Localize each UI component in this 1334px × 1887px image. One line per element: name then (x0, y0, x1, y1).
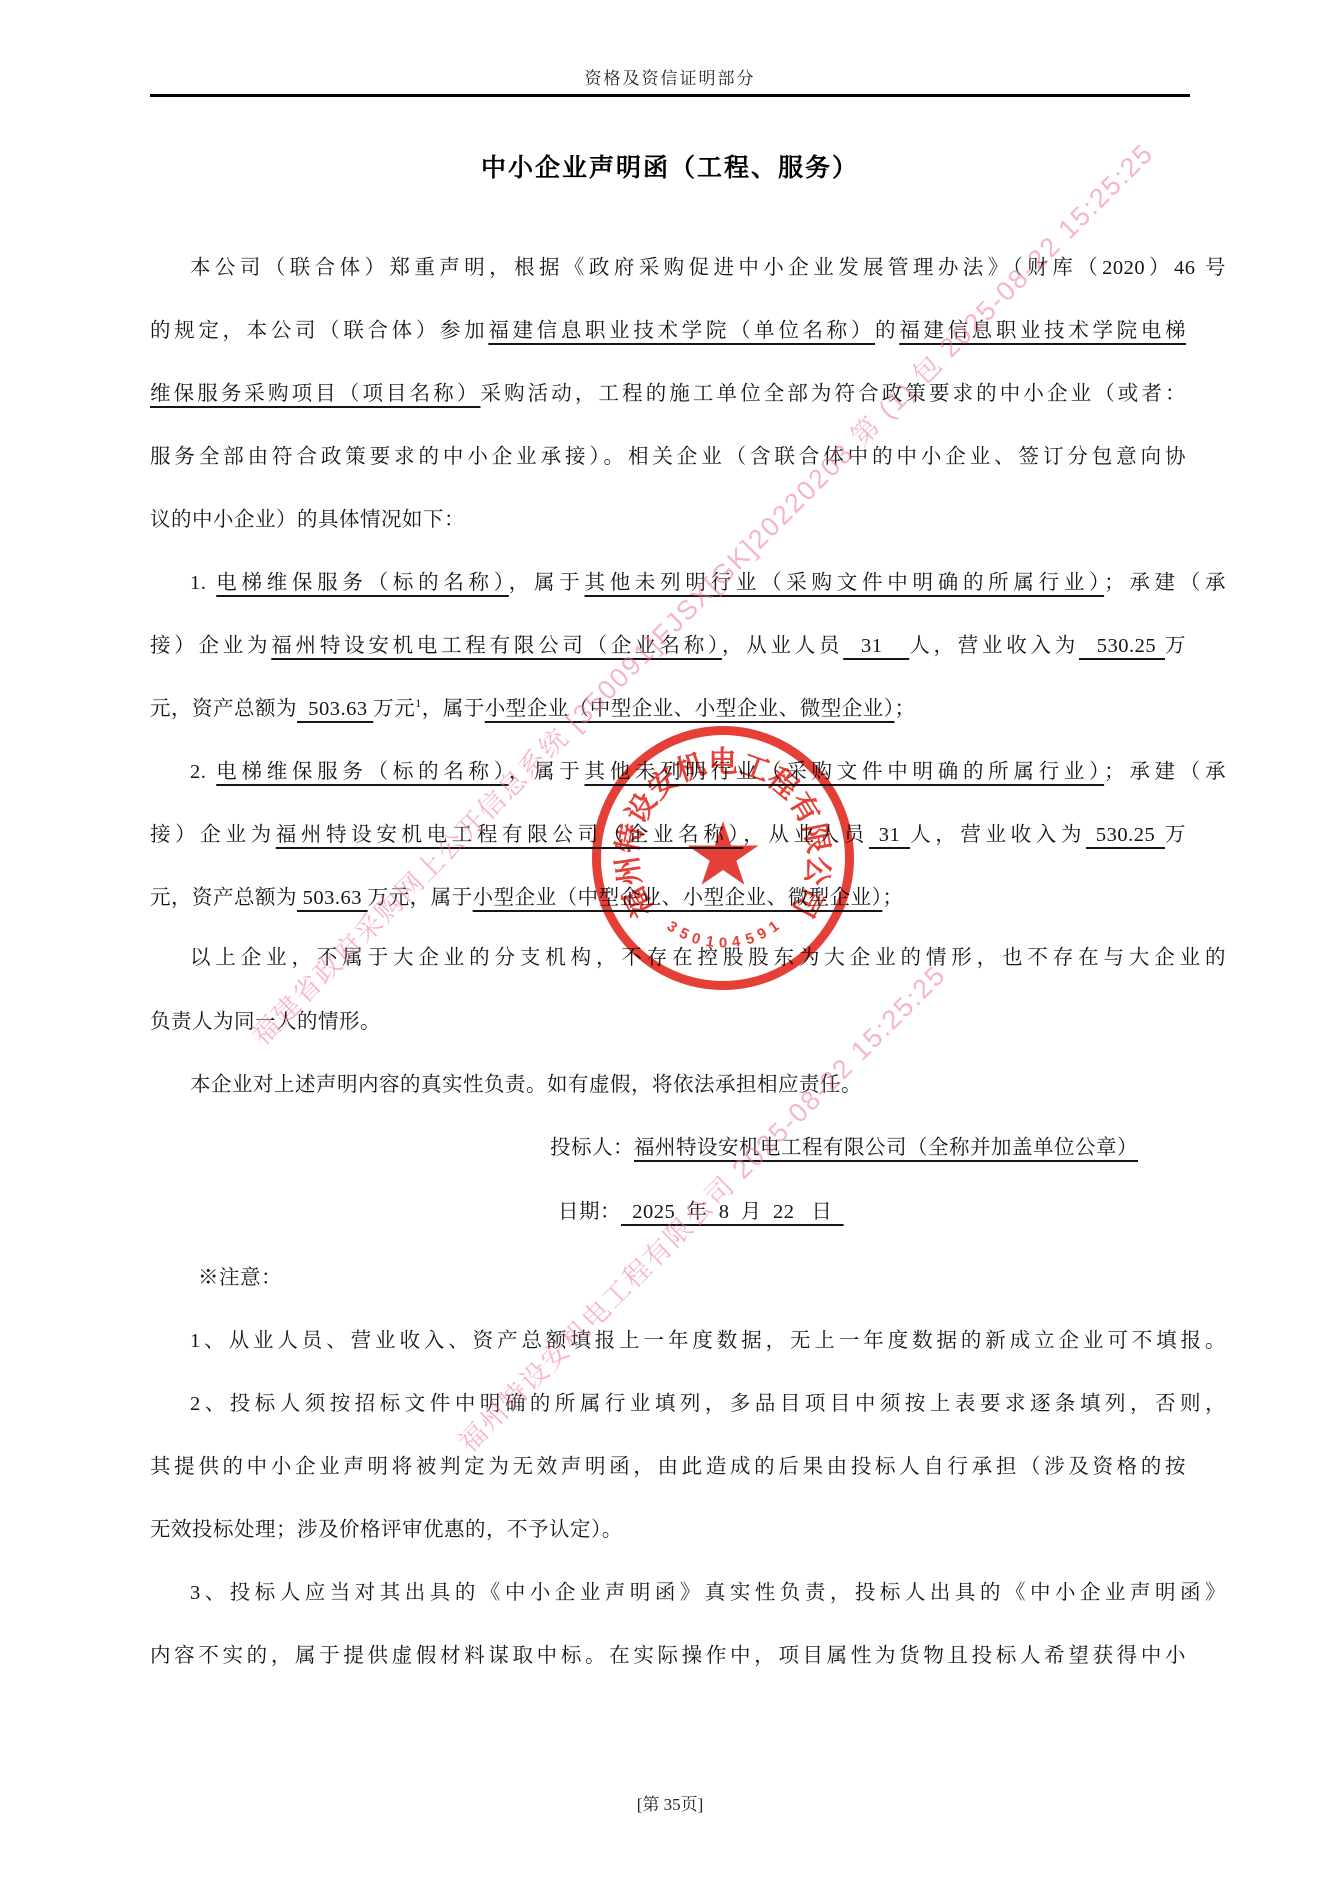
text-line: 负责人为同一人的情形。 (150, 1006, 1186, 1038)
text-line: 投标人：福州特设安机电工程有限公司（全称并加盖单位公章） (150, 1132, 1334, 1164)
text-line: 元，资产总额为 503.63 万元，属于小型企业（中型企业、小型企业、微型企业）… (150, 882, 1186, 914)
text-line: 维保服务采购项目（项目名称）采购活动，工程的施工单位全部为符合政策要求的中小企业… (150, 378, 1186, 410)
text-line: 3、投标人应当对其出具的《中小企业声明函》真实性负责，投标人出具的《中小企业声明… (150, 1577, 1226, 1609)
text-line: 1、从业人员、营业收入、资产总额填报上一年度数据，无上一年度数据的新成立企业可不… (150, 1325, 1226, 1357)
text-line: 元，资产总额为 503.63 万元1，属于小型企业（中型企业、小型企业、微型企业… (150, 693, 1186, 725)
text-line: 日期： 2025 年 8 月 22 日 (150, 1196, 1334, 1228)
text-line: 接）企业为福州特设安机电工程有限公司（企业名称），从业人员 31 人，营业收入为… (150, 630, 1186, 662)
text-line: 服务全部由符合政策要求的中小企业承接）。相关企业（含联合体中的中小企业、签订分包… (150, 441, 1186, 473)
text-line: 本企业对上述声明内容的真实性负责。如有虚假，将依法承担相应责任。 (150, 1069, 1226, 1101)
text-line: 议的中小企业）的具体情况如下： (150, 504, 1186, 536)
text-line: 无效投标处理；涉及价格评审优惠的，不予认定）。 (150, 1514, 1186, 1546)
document-lines: 本公司（联合体）郑重声明，根据《政府采购促进中小企业发展管理办法》（财库（202… (0, 0, 1334, 1887)
text-line: 本公司（联合体）郑重声明，根据《政府采购促进中小企业发展管理办法》（财库（202… (150, 252, 1226, 284)
page-number: [第 35页] (150, 1790, 1190, 1815)
text-line: ※注意： (150, 1262, 1234, 1294)
text-line: 的规定，本公司（联合体）参加福建信息职业技术学院（单位名称）的福建信息职业技术学… (150, 315, 1186, 347)
text-line: 内容不实的，属于提供虚假材料谋取中标。在实际操作中，项目属性为货物且投标人希望获… (150, 1640, 1186, 1672)
text-line: 其提供的中小企业声明将被判定为无效声明函，由此造成的后果由投标人自行承担（涉及资… (150, 1451, 1186, 1483)
text-line: 2、投标人须按招标文件中明确的所属行业填列，多品目项目中须按上表要求逐条填列，否… (150, 1388, 1226, 1420)
text-line: 2. 电梯维保服务（标的名称），属于其他未列明行业（采购文件中明确的所属行业）；… (150, 756, 1226, 788)
text-line: 以上企业，不属于大企业的分支机构，不存在控股股东为大企业的情形，也不存在与大企业… (150, 942, 1226, 974)
text-line: 接）企业为福州特设安机电工程有限公司（企业名称），从业人员 31 人，营业收入为… (150, 819, 1186, 851)
text-line: 1. 电梯维保服务（标的名称），属于其他未列明行业（采购文件中明确的所属行业）；… (150, 567, 1226, 599)
document-page: 资格及资信证明部分 中小企业声明函（工程、服务） 本公司（联合体）郑重声明，根据… (0, 0, 1334, 1887)
